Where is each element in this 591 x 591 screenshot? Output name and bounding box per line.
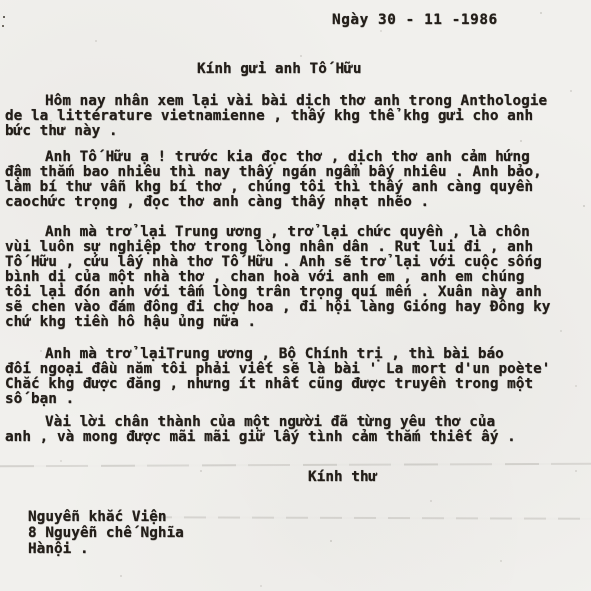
paragraph: Anh mà trở lạiTrung ương , Bộ Chính trị … — [5, 347, 591, 407]
letter-line: Hôm nay nhân xem lại vài bài dịch thơ an… — [5, 94, 591, 109]
scanned-letter-page: Ngày 30 - 11 -1986 Kính gửi anh Tố Hữu H… — [0, 0, 591, 591]
letter-line: Anh mà trở lạiTrung ương , Bộ Chính trị … — [5, 347, 591, 362]
letter-closing: Kính thư — [308, 470, 377, 485]
letter-line: Tố Hữu , cứu lấy nhà thơ Tố Hữu . Anh sẽ… — [5, 255, 591, 270]
letter-line: Chắc khg được đăng , nhưng ít nhất cũng … — [5, 377, 591, 392]
letter-line: Anh mà trở lại Trung ương , trở lại chức… — [5, 225, 591, 240]
letter-line: Vài lời chân thành của một người đã từng… — [5, 415, 591, 430]
paragraph: Hôm nay nhân xem lại vài bài dịch thơ an… — [5, 94, 591, 139]
letter-line: Anh Tố Hữu ạ ! trước kia đọc thơ , dịch … — [5, 150, 591, 165]
letter-line: vùi luôn sự nghiệp thơ trong lòng nhân d… — [5, 240, 591, 255]
scan-streak — [150, 516, 591, 520]
letter-date: Ngày 30 - 11 -1986 — [332, 13, 498, 28]
signature-city: Hànội . — [28, 541, 184, 557]
signature-address: 8 Nguyễn chế Nghĩa — [28, 525, 184, 541]
paragraph: Vài lời chân thành của một người đã từng… — [5, 415, 591, 445]
letter-salutation: Kính gửi anh Tố Hữu — [197, 62, 362, 77]
signature-name: Nguyễn khắc Viện — [28, 509, 184, 525]
letter-line: đối ngoại đầu năm tôi phải viết sẽ là bà… — [5, 362, 591, 377]
letter-line: de la littérature vietnamienne , thấy kh… — [5, 109, 591, 124]
ink-speck — [3, 16, 5, 18]
letter-line: caochức trọng , đọc thơ anh càng thấy nh… — [5, 195, 591, 210]
letter-line: số bạn . — [5, 392, 591, 407]
letter-line: làm bí thư vẫn khg bí thơ , chúng tôi th… — [5, 180, 591, 195]
signature-block: Nguyễn khắc Viện 8 Nguyễn chế Nghĩa Hànộ… — [28, 509, 184, 557]
letter-line: bình dị của một nhà thơ , chan hoà với a… — [5, 270, 591, 285]
letter-line: đậm thắm bao nhiêu thì nay thấy ngán ngẩ… — [5, 165, 591, 180]
scan-streak — [0, 463, 591, 468]
letter-line: tôi lại đón anh với tấm lòng trân trọng … — [5, 285, 591, 300]
letter-line: sẽ chen vào đám đông đi chợ hoa , đi hội… — [5, 300, 591, 315]
letter-line: bức thư này . — [5, 124, 591, 139]
paper-noise-specks — [540, 12, 542, 14]
letter-line: chứ khg tiền hô hậu ủng nữa . — [5, 315, 591, 330]
paragraph: Anh Tố Hữu ạ ! trước kia đọc thơ , dịch … — [5, 150, 591, 210]
letter-line: anh , và mong được mãi mãi giữ lấy tình … — [5, 430, 591, 445]
paragraph: Anh mà trở lại Trung ương , trở lại chức… — [5, 225, 591, 330]
